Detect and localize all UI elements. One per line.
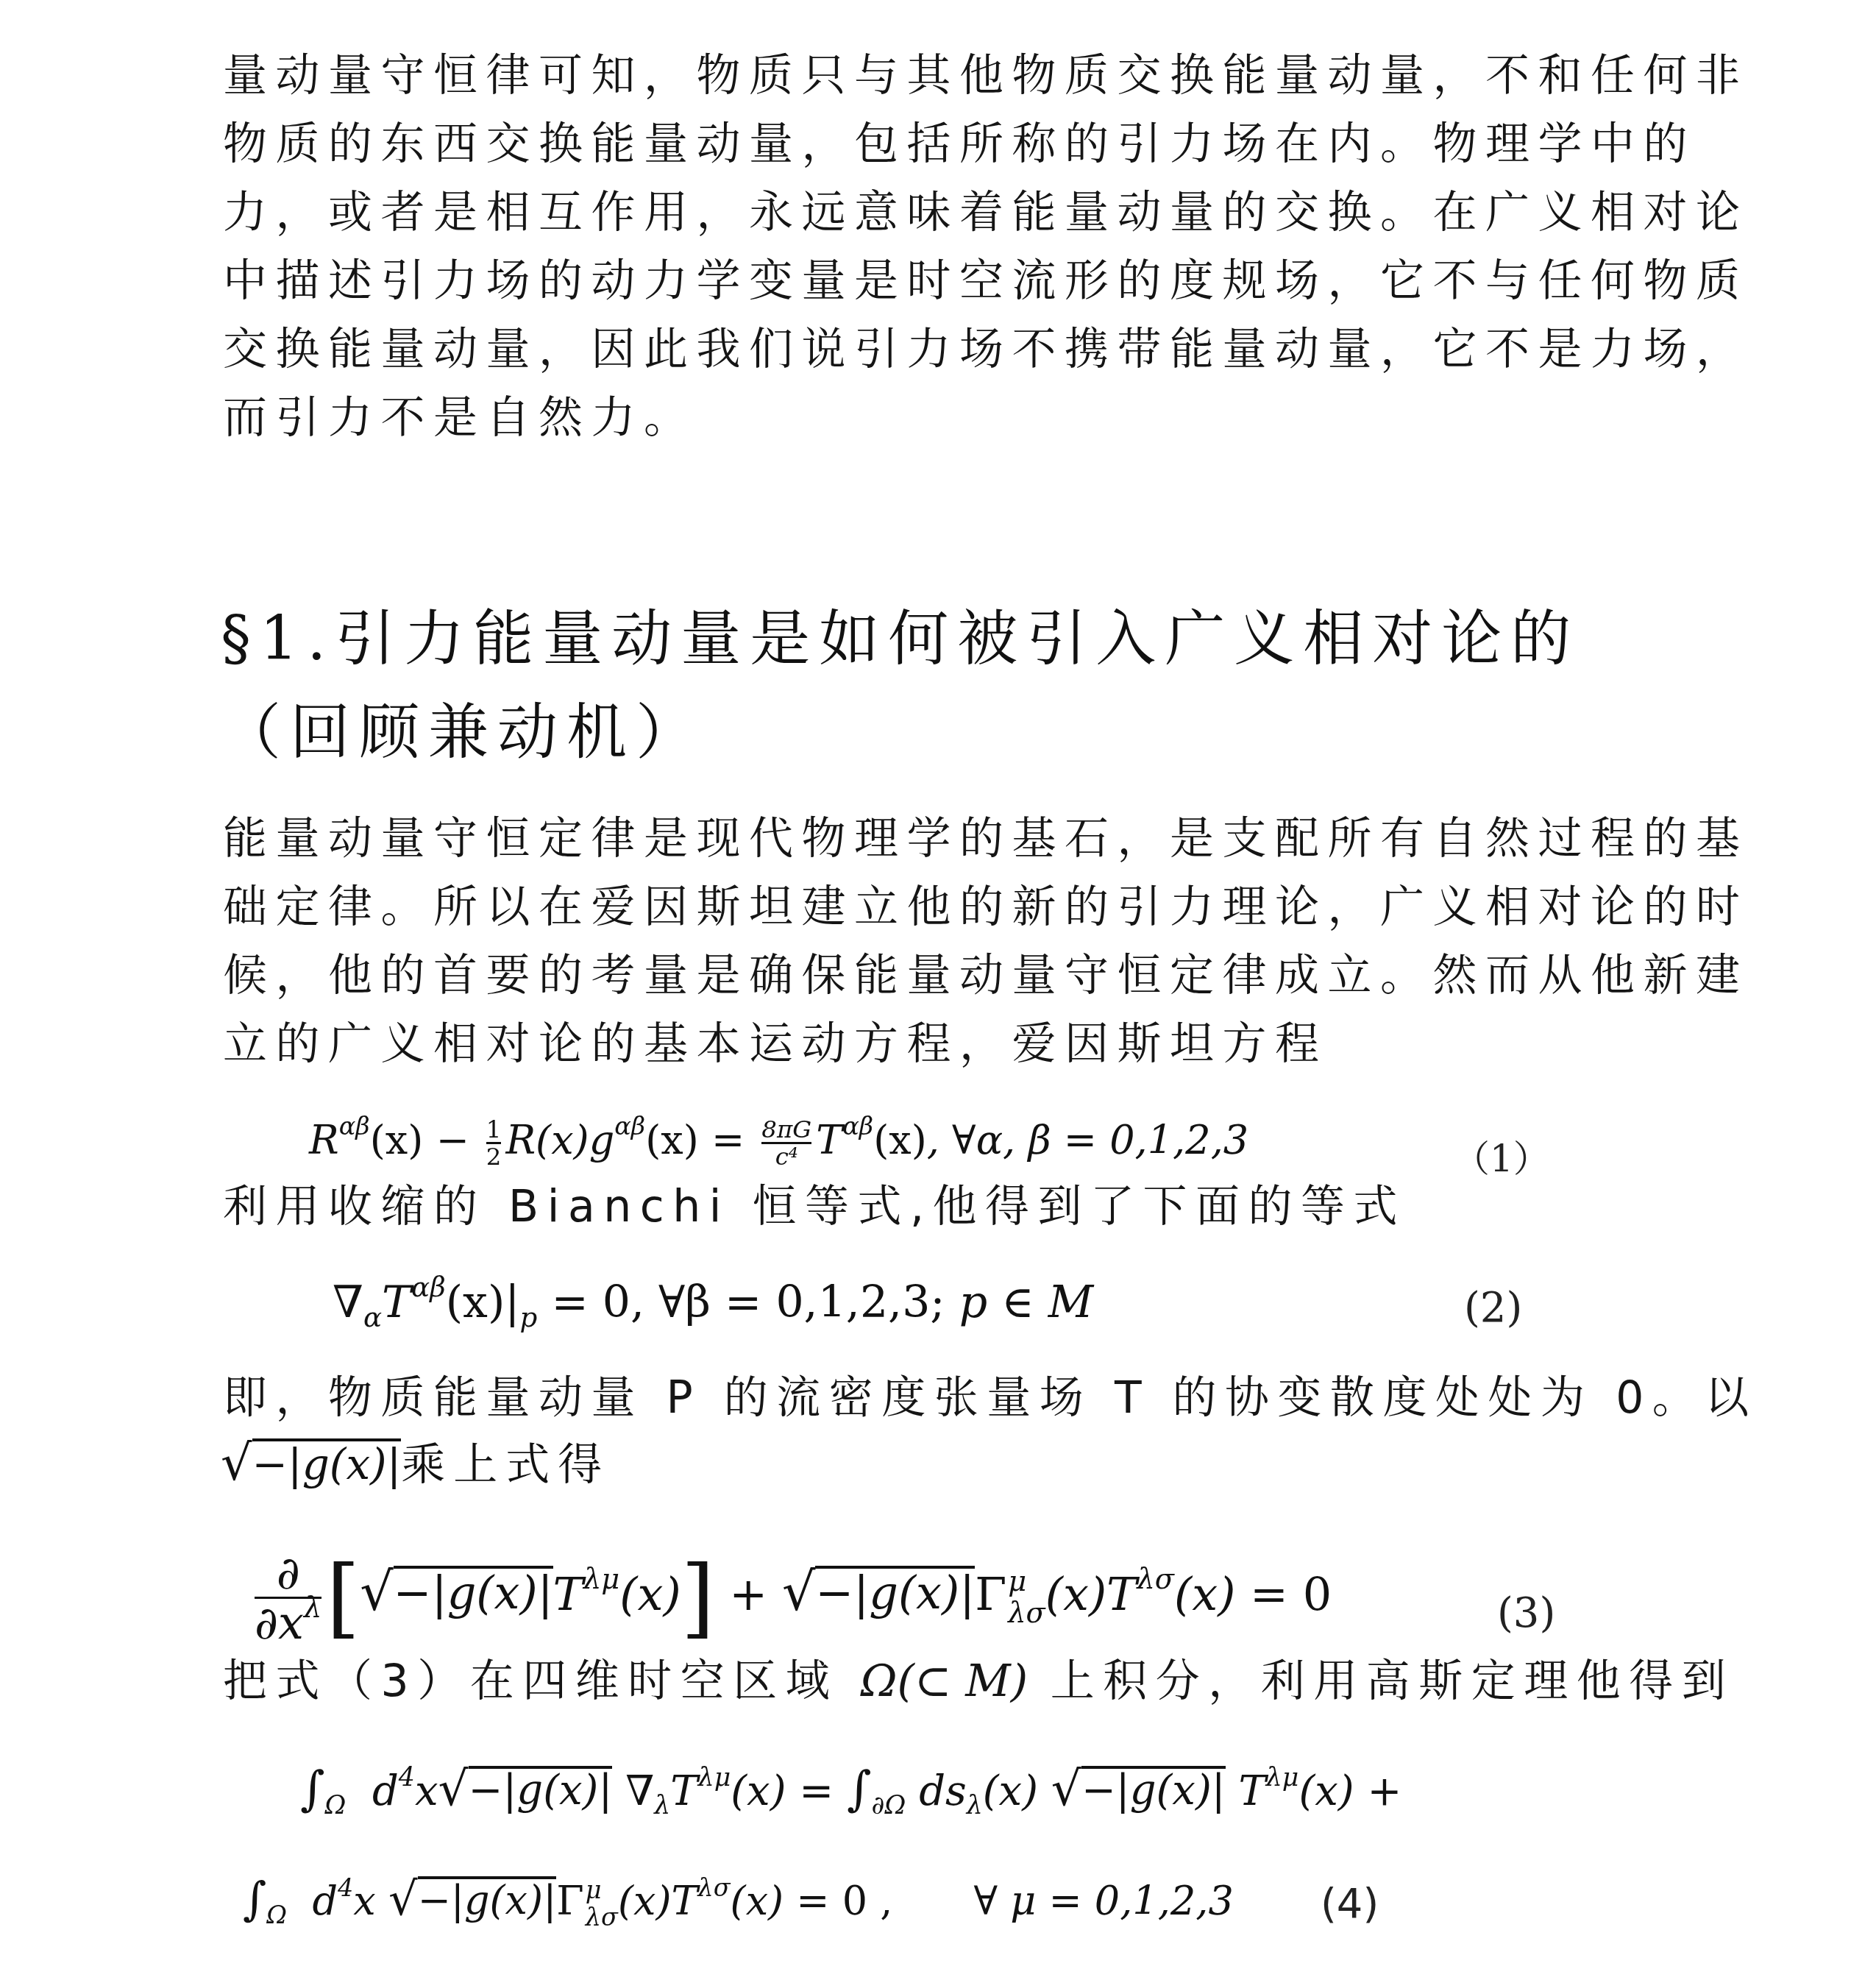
math-quantifier: ∀ μ = 0,1,2,3 xyxy=(973,1878,1233,1924)
math-tail: , ∀α, β = 0,1,2,3 xyxy=(927,1117,1248,1163)
sqrt-expression: √−|g(x)| xyxy=(221,1438,401,1488)
math-tail: = 0 xyxy=(1235,1567,1332,1621)
radical-sign: √ xyxy=(221,1438,252,1488)
math-subscript: Ω xyxy=(266,1901,287,1929)
sqrt-expression: √−|g(x)| xyxy=(1051,1766,1226,1813)
math-inline: Ω(⊂ M) xyxy=(861,1656,1028,1707)
partial-derivative: ∂∂xλ xyxy=(255,1549,321,1647)
fraction-constant: 8πGc⁴ xyxy=(761,1117,811,1169)
math-tail: = 0 , xyxy=(784,1878,892,1924)
math-operator: + xyxy=(1354,1767,1402,1815)
numerator: 1 xyxy=(486,1117,502,1142)
math-term: R(x) xyxy=(505,1117,589,1163)
sqrt-expression: √−|g(x)| xyxy=(438,1766,613,1813)
section-title-line-1: §1.引力能量动量是如何被引入广义相对论的 xyxy=(221,609,1580,670)
paragraph-line: 交换能量动量，因此我们说引力场不携带能量动量，它不是力场， xyxy=(223,327,1749,372)
math-arg: (x)| xyxy=(446,1277,520,1328)
math-superscript: αβ xyxy=(411,1271,446,1303)
sqrt-expression: √−|g(x)| xyxy=(388,1876,556,1922)
math-arg: (x) xyxy=(370,1117,424,1163)
radicand: −|g(x)| xyxy=(252,1438,402,1488)
sqrt-line: √−|g(x)|乘上式得 xyxy=(221,1438,610,1488)
right-bracket: ] xyxy=(681,1547,715,1647)
numerator: ∂ xyxy=(277,1549,300,1597)
section-title: 引力能量动量是如何被引入广义相对论的 xyxy=(335,604,1580,674)
paragraph-line: 而引力不是自然力。 xyxy=(223,396,697,440)
math-subscript: λ xyxy=(654,1791,670,1820)
radical-sign: √ xyxy=(1051,1766,1081,1813)
math-superscript: λμ xyxy=(583,1563,619,1596)
math-symbol: x xyxy=(353,1878,375,1924)
christoffel-symbol: Γ xyxy=(556,1878,583,1924)
math-symbol: d xyxy=(372,1767,399,1815)
math-symbol: T xyxy=(553,1567,583,1621)
text-span: 上积分，利用高斯定理他得到 xyxy=(1028,1656,1734,1707)
math-subscript: ∂Ω xyxy=(872,1791,906,1820)
math-superscript: λσ xyxy=(698,1873,731,1902)
radicand: −|g(x)| xyxy=(394,1566,553,1618)
math-arg: (x) xyxy=(618,1878,672,1924)
paragraph-line: 立的广义相对论的基本运动方程，爱因斯坦方程 xyxy=(223,1022,1328,1066)
paragraph-line: 即，物质能量动量 P 的流密度张量场 T 的协变散度处处为 0。以 xyxy=(223,1376,1758,1420)
radicand: −|g(x)| xyxy=(815,1566,975,1618)
math-symbol: R xyxy=(309,1117,339,1163)
sqrt-line-text: 乘上式得 xyxy=(401,1439,610,1491)
math-arg: (x) xyxy=(873,1117,927,1163)
radicand: −|g(x)| xyxy=(1081,1766,1226,1813)
math-subscript: λ xyxy=(967,1791,983,1820)
radical-sign: √ xyxy=(438,1766,469,1813)
math-superscript: αβ xyxy=(842,1112,873,1140)
text-span: 把式（3）在四维时空区域 xyxy=(223,1656,861,1707)
math-symbol: T xyxy=(382,1277,411,1328)
math-arg: (x) xyxy=(1298,1767,1354,1815)
equation-number-3: (3) xyxy=(1497,1589,1555,1637)
paragraph-line: 量动量守恒律可知，物质只与其他物质交换能量动量，不和任何非 xyxy=(223,54,1749,98)
math-symbol: T xyxy=(1106,1567,1137,1621)
nabla-symbol: ∇ xyxy=(625,1767,654,1815)
equation-4-line-2: ∫Ω d4x √−|g(x)|Γμλσ(x)Tλσ(x) = 0 ,∀ μ = … xyxy=(243,1876,1234,1931)
denominator: ∂xλ xyxy=(255,1599,321,1647)
math-arg: (x) xyxy=(731,1767,786,1815)
math-symbol: T xyxy=(670,1767,697,1815)
index-stack: μλσ xyxy=(586,1877,618,1931)
radicand: −|g(x)| xyxy=(469,1766,613,1813)
equation-4-line-1: ∫Ω d4x√−|g(x)| ∇λTλμ(x) = ∫∂Ω dsλ(x) √−|… xyxy=(300,1766,1401,1813)
math-symbol: x xyxy=(415,1767,438,1815)
section-number: §1. xyxy=(221,604,335,674)
math-symbol: p xyxy=(959,1277,987,1328)
denominator: 2 xyxy=(486,1144,502,1169)
math-operator: = xyxy=(786,1767,847,1815)
math-symbol: d xyxy=(312,1878,338,1924)
math-superscript: αβ xyxy=(339,1112,370,1140)
math-term: ∂x xyxy=(255,1596,304,1650)
paragraph-line: 物质的东西交换能量动量，包括所称的引力场在内。物理学中的 xyxy=(223,122,1696,166)
christoffel-symbol: Γ xyxy=(975,1567,1006,1621)
paragraph-line: 中描述引力场的动力学变量是时空流形的度规场，它不与任何物质 xyxy=(223,259,1749,303)
math-arg: (x) xyxy=(619,1567,681,1621)
math-subscript: λσ xyxy=(1008,1598,1045,1629)
sqrt-expression: √−|g(x)| xyxy=(360,1566,553,1618)
math-superscript: λμ xyxy=(1266,1763,1299,1792)
math-subscript: Ω xyxy=(325,1791,347,1820)
section-title-line-2: （回顾兼动机） xyxy=(221,703,705,763)
math-arg: (x) xyxy=(1045,1567,1106,1621)
numerator: 8πG xyxy=(761,1117,811,1142)
integral-symbol: ∫ xyxy=(243,1872,266,1926)
radical-sign: √ xyxy=(388,1876,418,1922)
paragraph-line: 把式（3）在四维时空区域 Ω(⊂ M) 上积分，利用高斯定理他得到 xyxy=(223,1659,1734,1703)
radical-sign: √ xyxy=(360,1566,393,1618)
math-superscript: μ xyxy=(1008,1566,1045,1597)
math-superscript: λσ xyxy=(1137,1563,1174,1596)
integral-symbol: ∫ xyxy=(300,1761,325,1817)
left-bracket: [ xyxy=(326,1547,360,1647)
math-arg: (x) xyxy=(1174,1567,1235,1621)
math-operator: ∈ xyxy=(987,1277,1048,1328)
sqrt-expression: √−|g(x)| xyxy=(782,1566,975,1618)
nabla-symbol: ∇ xyxy=(333,1277,363,1328)
paragraph-line: 力，或者是相互作用，永远意味着能量动量的交换。在广义相对论 xyxy=(223,191,1749,235)
radicand: −|g(x)| xyxy=(418,1876,557,1922)
equation-number-2: (2) xyxy=(1464,1284,1522,1332)
math-tail: = 0, ∀β = 0,1,2,3; xyxy=(537,1277,959,1328)
math-subscript: p xyxy=(520,1301,538,1333)
radical-sign: √ xyxy=(782,1566,815,1618)
math-symbol: T xyxy=(671,1878,697,1924)
equation-number-1: （1） xyxy=(1453,1129,1550,1182)
math-arg: (x) xyxy=(731,1878,784,1924)
fraction-half: 12 xyxy=(486,1117,502,1169)
math-symbol: T xyxy=(1238,1767,1265,1815)
denominator: c⁴ xyxy=(775,1144,798,1169)
paragraph-line: 础定律。所以在爱因斯坦建立他的新的引力理论，广义相对论的时 xyxy=(223,885,1749,929)
equation-1: Rαβ(x) − 12R(x)gαβ(x) = 8πGc⁴Tαβ(x), ∀α,… xyxy=(309,1117,1248,1169)
math-symbol: T xyxy=(816,1117,842,1163)
equation-2: ∇αTαβ(x)|p = 0, ∀β = 0,1,2,3; p ∈ M xyxy=(333,1280,1093,1324)
math-symbol: g xyxy=(589,1117,615,1163)
paragraph-line: 能量动量守恒定律是现代物理学的基石，是支配所有自然过程的基 xyxy=(223,817,1749,861)
math-operator: + xyxy=(715,1567,782,1621)
index-stack: μλσ xyxy=(1008,1566,1045,1629)
math-superscript: 4 xyxy=(338,1873,353,1902)
math-arg: (x) xyxy=(645,1117,699,1163)
math-subscript: λσ xyxy=(586,1904,618,1931)
math-superscript: μ xyxy=(586,1877,618,1904)
integral-symbol: ∫ xyxy=(847,1761,872,1817)
paragraph-line: 利用收缩的 Bianchi 恒等式,他得到了下面的等式 xyxy=(223,1185,1406,1229)
math-operator: = xyxy=(699,1117,758,1163)
math-superscript: λ xyxy=(304,1592,321,1625)
document-page: 量动量守恒律可知，物质只与其他物质交换能量动量，不和任何非 物质的东西交换能量动… xyxy=(0,0,1876,1980)
math-superscript: αβ xyxy=(614,1112,645,1140)
math-operator: − xyxy=(423,1117,482,1163)
equation-3: ∂∂xλ[√−|g(x)|Tλμ(x)] + √−|g(x)|Γμλσ(x)Tλ… xyxy=(250,1549,1332,1647)
math-symbol: ds xyxy=(919,1767,967,1815)
paragraph-line: 候，他的首要的考量是确保能量动量守恒定律成立。然而从他新建 xyxy=(223,954,1749,998)
math-arg: (x) xyxy=(983,1767,1038,1815)
math-symbol: M xyxy=(1048,1277,1093,1328)
math-superscript: λμ xyxy=(698,1763,731,1792)
equation-number-4: (4) xyxy=(1321,1880,1379,1928)
math-superscript: 4 xyxy=(399,1763,415,1792)
math-subscript: α xyxy=(363,1301,382,1333)
